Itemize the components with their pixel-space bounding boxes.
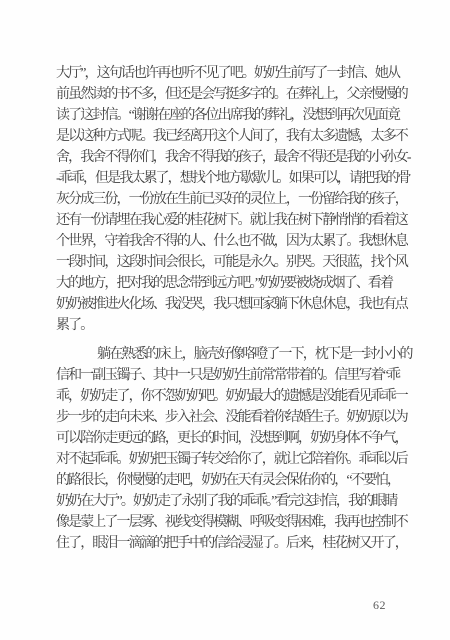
paragraph-2: 躺在熟悉的床上，脑壳好像咯噔了一下，枕下是一封小小的 信和一副玉镯子、其中一只是… <box>56 344 416 554</box>
page-number: 62 <box>373 598 386 612</box>
document-page: 大厅”，这句话也许再也听不见了吧。奶奶生前写了一封信、她从 前虽然读的书不多，但… <box>0 0 450 640</box>
page-text: 大厅”，这句话也许再也听不见了吧。奶奶生前写了一封信、她从 前虽然读的书不多，但… <box>56 63 416 554</box>
paragraph-1: 大厅”，这句话也许再也听不见了吧。奶奶生前写了一封信、她从 前虽然读的书不多，但… <box>56 63 416 336</box>
